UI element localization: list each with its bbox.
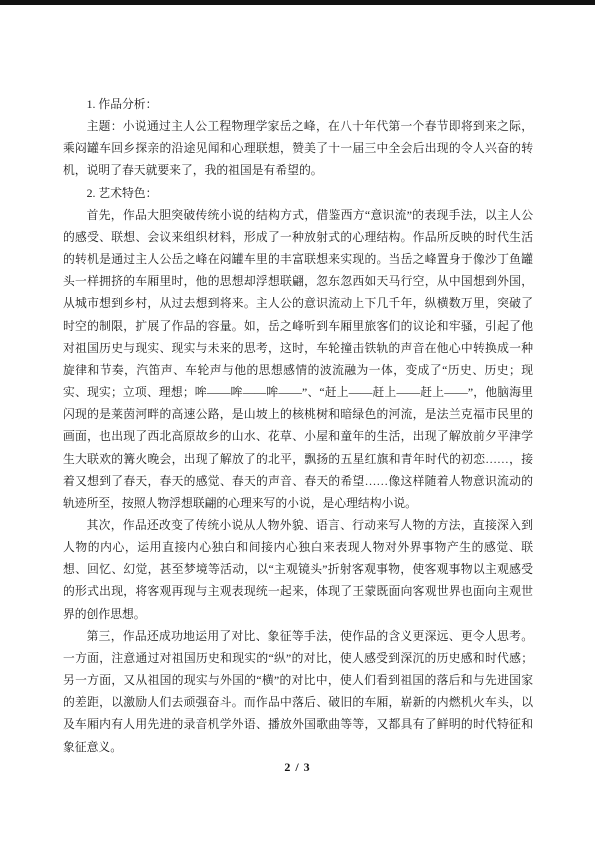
page-top-scan-edge bbox=[0, 0, 595, 5]
paragraph-first-feature: 首先，作品大胆突破传统小说的结构方式，借鉴西方“意识流”的表现手法，以主人公的感… bbox=[63, 204, 533, 514]
paragraph-third-feature: 第三，作品还成功地运用了对比、象征等手法，使作品的含义更深远、更令人思考。一方面… bbox=[63, 625, 533, 758]
paragraph-second-feature: 其次，作品还改变了传统小说从人物外貌、语言、行动来写人物的方法，直接深入到人物的… bbox=[63, 514, 533, 625]
document-page: 1. 作品分析： 主题：小说通过主人公工程物理学家岳之峰，在八十年代第一个春节即… bbox=[63, 93, 533, 758]
paragraph-theme: 主题：小说通过主人公工程物理学家岳之峰，在八十年代第一个春节即将到来之际，乘闷罐… bbox=[63, 115, 533, 181]
heading-work-analysis: 1. 作品分析： bbox=[63, 93, 533, 115]
page-number: 2 / 3 bbox=[0, 760, 595, 775]
heading-artistic-features: 2. 艺术特色： bbox=[63, 182, 533, 204]
